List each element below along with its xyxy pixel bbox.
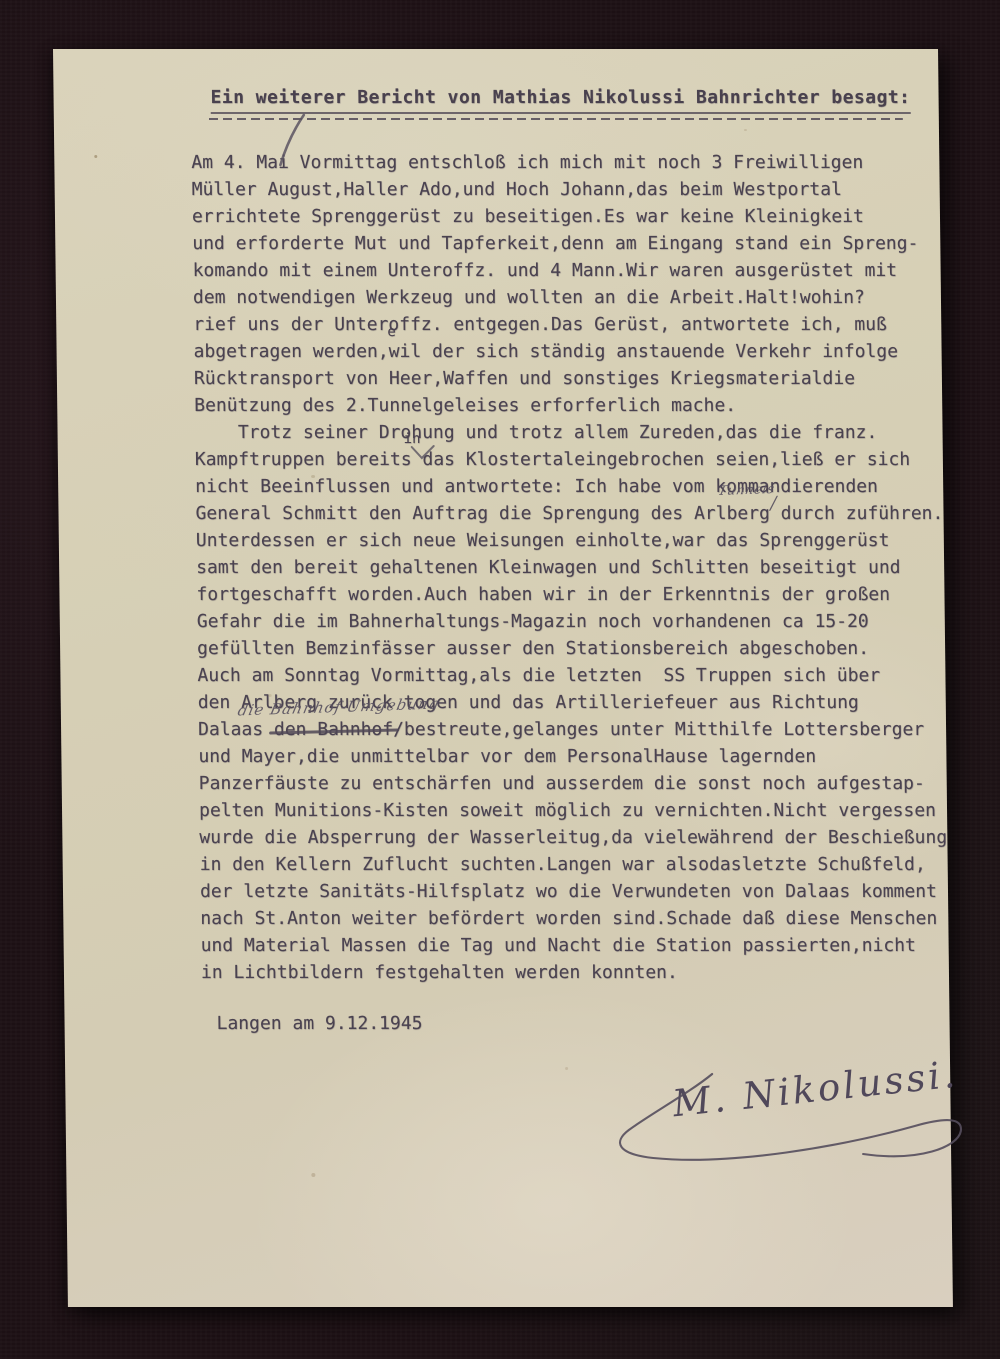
- paper-speck: [565, 1067, 568, 1070]
- heading-dashed-underline: [209, 118, 903, 120]
- typed-line: und erforderte Mut und Tapferkeit,denn a…: [192, 230, 972, 257]
- typed-line: und Mayer,die unmittelbar vor dem Person…: [198, 743, 978, 770]
- typed-line: Panzerfäuste zu entschärfen und ausserde…: [199, 770, 979, 797]
- typed-line: gefüllten Bemzinfässer ausser den Statio…: [197, 635, 977, 662]
- typed-line: dem notwendigen Werkzeug und wollten an …: [193, 284, 973, 311]
- typed-line: pelten Munitions-Kisten soweit möglich z…: [199, 797, 979, 824]
- pencil-note-tunnels: Tunnels: [717, 482, 776, 499]
- pencil-checkmark-icon: [276, 111, 311, 169]
- typed-line: Benützung des 2.Tunnelgeleises erforferl…: [194, 392, 974, 419]
- typed-line: wurde die Absperrung der Wasserleitug,da…: [199, 824, 979, 851]
- insertion-caret-icon: [410, 445, 436, 461]
- paper-speck: [311, 1173, 315, 1177]
- signature: M. Nikolussi.: [610, 1034, 1000, 1204]
- typed-line: komando mit einem Unteroffz. und 4 Mann.…: [192, 257, 972, 284]
- typed-line: Trotz seiner Drohung und trotz allem Zur…: [194, 419, 974, 446]
- typed-line: errichtete Sprenggerüst zu beseitigen.Es…: [192, 203, 972, 230]
- typed-line: fortgeschafft worden.Auch haben wir in d…: [196, 581, 976, 608]
- paper-speck: [94, 155, 97, 158]
- typed-line: Gefahr die im Bahnerhaltungs-Magazin noc…: [197, 608, 977, 635]
- typed-line: Unterdessen er sich neue Weisungen einho…: [196, 527, 976, 554]
- typed-line: in Lichtbildern festgehalten werden konn…: [201, 959, 981, 986]
- typed-line: und Material Massen die Tag und Nacht di…: [200, 932, 980, 959]
- typed-line: rief uns der Unteroffz. entgegen.Das Ger…: [193, 311, 973, 338]
- typed-line: Müller August,Haller Ado,und Hoch Johann…: [192, 176, 972, 203]
- typed-line: Auch am Sonntag Vormittag,als die letzte…: [197, 662, 977, 689]
- typed-line: nach St.Anton weiter befördert worden si…: [200, 905, 980, 932]
- typed-line: General Schmitt den Auftrag die Sprengun…: [195, 500, 975, 527]
- signature-name: M. Nikolussi.: [669, 1053, 960, 1126]
- paper-speck: [311, 475, 315, 478]
- typed-line: samt den bereit gehaltenen Kleinwagen un…: [196, 554, 976, 581]
- typed-line: in den Kellern Zuflucht suchten.Langen w…: [200, 851, 980, 878]
- typed-line: Kampftruppen bereits das Klostertaleinge…: [195, 446, 975, 473]
- paper-speck: [269, 694, 272, 697]
- document-body: Am 4. Mai Vormittag entschloß ich mich m…: [191, 149, 981, 986]
- typed-line: abgetragen werden,wil der sich ständig a…: [193, 338, 973, 365]
- document-heading: Ein weiterer Bericht von Mathias Nikolus…: [210, 87, 910, 114]
- date-line: Langen am 9.12.1945: [216, 1013, 422, 1034]
- typed-line: der letzte Sanitäts-Hilfsplatz wo die Ve…: [200, 878, 980, 905]
- scan-background: Ein weiterer Bericht von Mathias Nikolus…: [0, 0, 1000, 1359]
- paper-speck: [744, 129, 747, 131]
- typed-superscript-e: e: [387, 324, 396, 340]
- typed-line: Rücktransport von Heer,Waffen und sonsti…: [194, 365, 974, 392]
- document-page: Ein weiterer Bericht von Mathias Nikolus…: [53, 49, 953, 1307]
